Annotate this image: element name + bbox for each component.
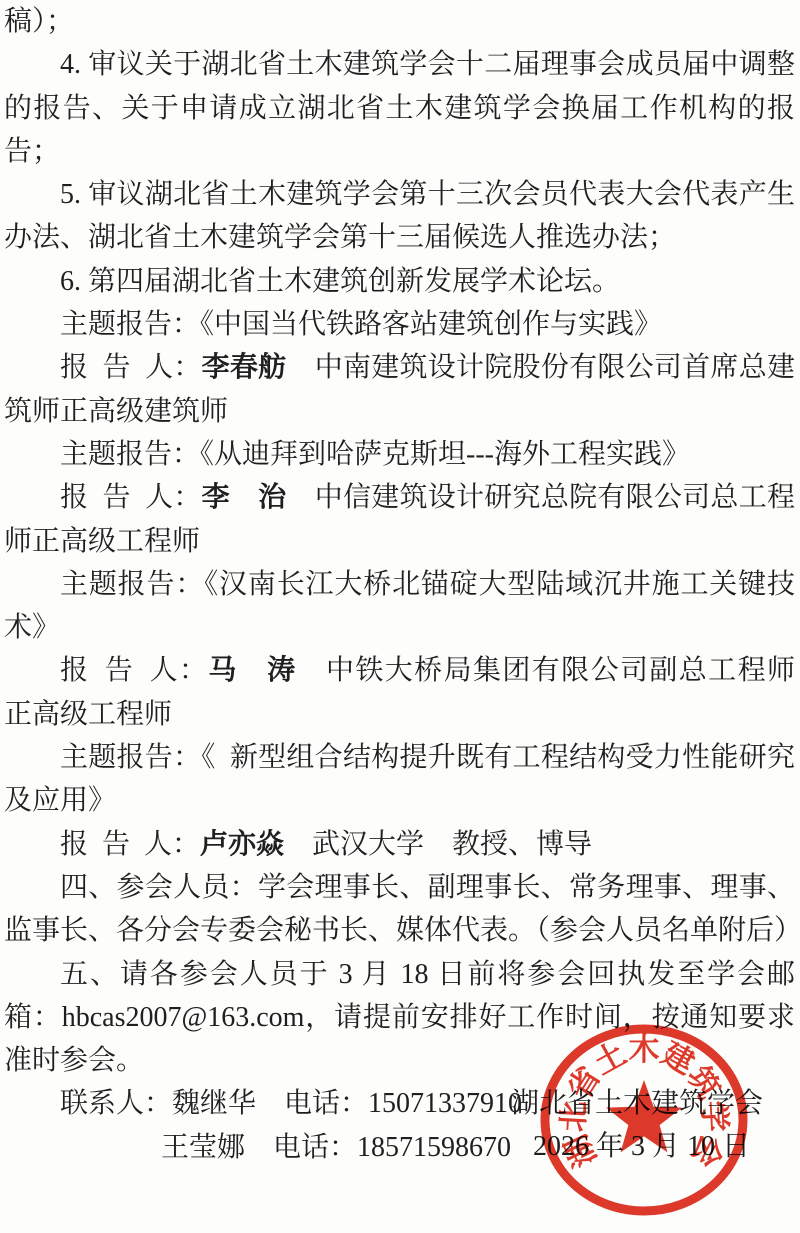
text-run: 主题报告：《汉南长江大桥北锚碇大型陆域沉井施工关键技术》 [4, 569, 795, 643]
signature-org: 湖北省土木建筑学会 [511, 1082, 763, 1125]
text-run: 武汉大学 教授、博导 [284, 829, 592, 860]
signature-block: 湖北省土木建筑学会 2026 年 3 月 10 日 [511, 1082, 763, 1169]
text-run: 4. 审议关于湖北省土木建筑学会十二届理事会成员届中调整的报告、关于申请成立湖北… [4, 49, 795, 167]
text-run: 报 告 人： [60, 829, 200, 860]
paragraph: 主题报告：《中国当代铁路客站建筑创作与实践》 [4, 303, 795, 346]
text-run: 报 告 人： [60, 482, 202, 513]
paragraph: 主题报告：《 新型组合结构提升既有工程结构受力性能研究及应用》 [4, 736, 795, 823]
paragraph: 主题报告：《汉南长江大桥北锚碇大型陆域沉井施工关键技术》 [4, 563, 795, 650]
text-run: 主题报告：《 新型组合结构提升既有工程结构受力性能研究及应用》 [4, 742, 795, 816]
person-name: 李春舫 [202, 352, 287, 383]
signature-date: 2026 年 3 月 10 日 [511, 1125, 750, 1168]
paragraph: 报 告 人：马 涛 中铁大桥局集团有限公司副总工程师 正高级工程师 [4, 649, 795, 736]
text-run: 6. 第四届湖北省土木建筑创新发展学术论坛。 [60, 266, 620, 297]
document-body: 稿）；4. 审议关于湖北省土木建筑学会十二届理事会成员届中调整的报告、关于申请成… [4, 0, 795, 1169]
text-run: 报 告 人： [60, 352, 202, 383]
paragraph: 报 告 人：李 治 中信建筑设计研究总院有限公司总工程师正高级工程师 [4, 476, 795, 563]
paragraph: 报 告 人：李春舫 中南建筑设计院股份有限公司首席总建筑师正高级建筑师 [4, 346, 795, 433]
person-name: 马 涛 [208, 655, 296, 686]
person-name: 李 治 [202, 482, 287, 513]
paragraph: 5. 审议湖北省土木建筑学会第十三次会员代表大会代表产生办法、湖北省土木建筑学会… [4, 173, 795, 260]
text-run: 主题报告：《从迪拜到哈萨克斯坦---海外工程实践》 [60, 439, 690, 470]
person-name: 卢亦焱 [200, 829, 284, 860]
text-run: 四、参会人员：学会理事长、副理事长、常务理事、理事、监事长、各分会专委会秘书长、… [4, 872, 800, 946]
paragraph: 稿）； [4, 0, 795, 43]
paragraph: 五、请各参会人员于 3 月 18 日前将参会回执发至学会邮箱：hbcas2007… [4, 953, 795, 1083]
text-run: 5. 审议湖北省土木建筑学会第十三次会员代表大会代表产生办法、湖北省土木建筑学会… [4, 179, 795, 253]
text-run: 王莹娜 电话：18571598670 [161, 1132, 511, 1163]
paragraph: 6. 第四届湖北省土木建筑创新发展学术论坛。 [4, 260, 795, 303]
text-run: 五、请各参会人员于 3 月 18 日前将参会回执发至学会邮箱：hbcas2007… [4, 959, 795, 1077]
paragraph: 4. 审议关于湖北省土木建筑学会十二届理事会成员届中调整的报告、关于申请成立湖北… [4, 43, 795, 173]
paragraph: 主题报告：《从迪拜到哈萨克斯坦---海外工程实践》 [4, 433, 795, 476]
paragraph: 四、参会人员：学会理事长、副理事长、常务理事、理事、监事长、各分会专委会秘书长、… [4, 866, 795, 953]
text-run: 联系人：魏继华 电话：15071337910 [60, 1088, 522, 1119]
text-run: 主题报告：《中国当代铁路客站建筑创作与实践》 [60, 309, 662, 340]
text-run: 稿）； [4, 6, 74, 37]
paragraph: 报 告 人：卢亦焱 武汉大学 教授、博导 [4, 823, 795, 866]
text-run: 报 告 人： [60, 655, 208, 686]
